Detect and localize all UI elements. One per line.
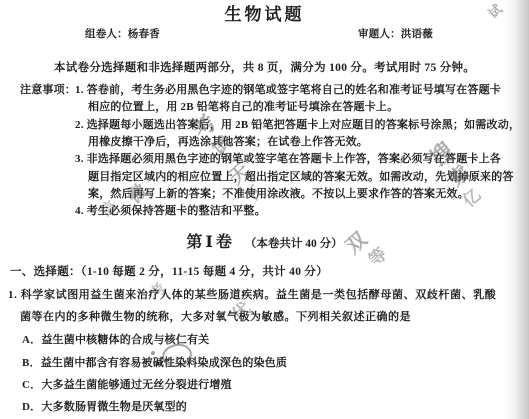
notice-line: 题目指定区域内的相应位置上，超出指定区域的答案无效。如需改动，先划掉原来的答 <box>88 171 514 184</box>
question-1-stem-line: 菌等在内的多种微生物的统称，大多对氧气极为敏感。下列相关叙述正确的是 <box>20 311 411 324</box>
notice-line: 用橡皮擦干净后，再选涂其他答案；在试卷上作答无效。 <box>88 136 368 149</box>
question-1-option-c: C．大多益生菌能够通过无丝分裂进行增殖 <box>22 379 232 392</box>
notice-line: 1. 答卷前，考生务必用黑色字迹的钢笔或签字笔将自己的姓名和准考证号填写在答题卡 <box>75 84 501 97</box>
notice-line: 2. 选择题每小题选出答案后，用 2B 铅笔把答题卡上对应题目的答案标号涂黑；如… <box>75 119 520 132</box>
watermark-dot <box>151 351 155 355</box>
volume-heading: 第Ⅰ卷 （本卷共计 40 分） <box>186 229 342 252</box>
volume-title: 第Ⅰ卷 <box>186 229 235 252</box>
notice-line: 相应的位置上，用 2B 铅笔将自己的准考证号填涂在答题卡上。 <box>88 101 398 114</box>
notice-line: 4. 考生必须保持答题卡的整洁和平整。 <box>75 205 266 218</box>
volume-note: （本卷共计 40 分） <box>245 235 343 251</box>
part-heading: 一、选择题：（1-10 每题 2 分，11-15 每题 4 分，共计 40 分） <box>10 266 328 279</box>
notice-line: 案，然后再写上新的答案；不准使用涂改液。不按以上要求作答的答案无效。 <box>88 188 469 201</box>
watermark-glyph: 双 <box>338 224 372 259</box>
question-1-stem-line: 1. 科学家试图用益生菌来治疗人体的某些肠道疾病。益生菌是一类包括酵母菌、双歧杆… <box>8 289 496 302</box>
notice-label: 注意事项： <box>20 84 76 97</box>
exam-title: 生物试题 <box>225 5 305 25</box>
reviewer-label: 审题人：洪语薇 <box>358 29 433 41</box>
composer-label: 组卷人：杨春香 <box>85 29 160 41</box>
notice-line: 3. 非选择题必须用黑色字迹的钢笔或签字笔在答题卡上作答，答案必须写在答题卡上各 <box>75 153 501 166</box>
exam-summary: 本试卷分选择题和非选择题两部分，共 8 页，满分为 100 分。考试用时 75 … <box>54 62 475 75</box>
scan-edge-shadow <box>505 0 529 419</box>
watermark-glyph: 等 <box>362 241 391 271</box>
watermark-glyph: 试 <box>483 0 505 22</box>
question-1-option-b: B．益生菌中都含有容易被碱性染料染成深色的染色质 <box>22 357 287 370</box>
question-1-option-d: D．大多数肠胃微生物是厌氧型的 <box>22 401 187 414</box>
